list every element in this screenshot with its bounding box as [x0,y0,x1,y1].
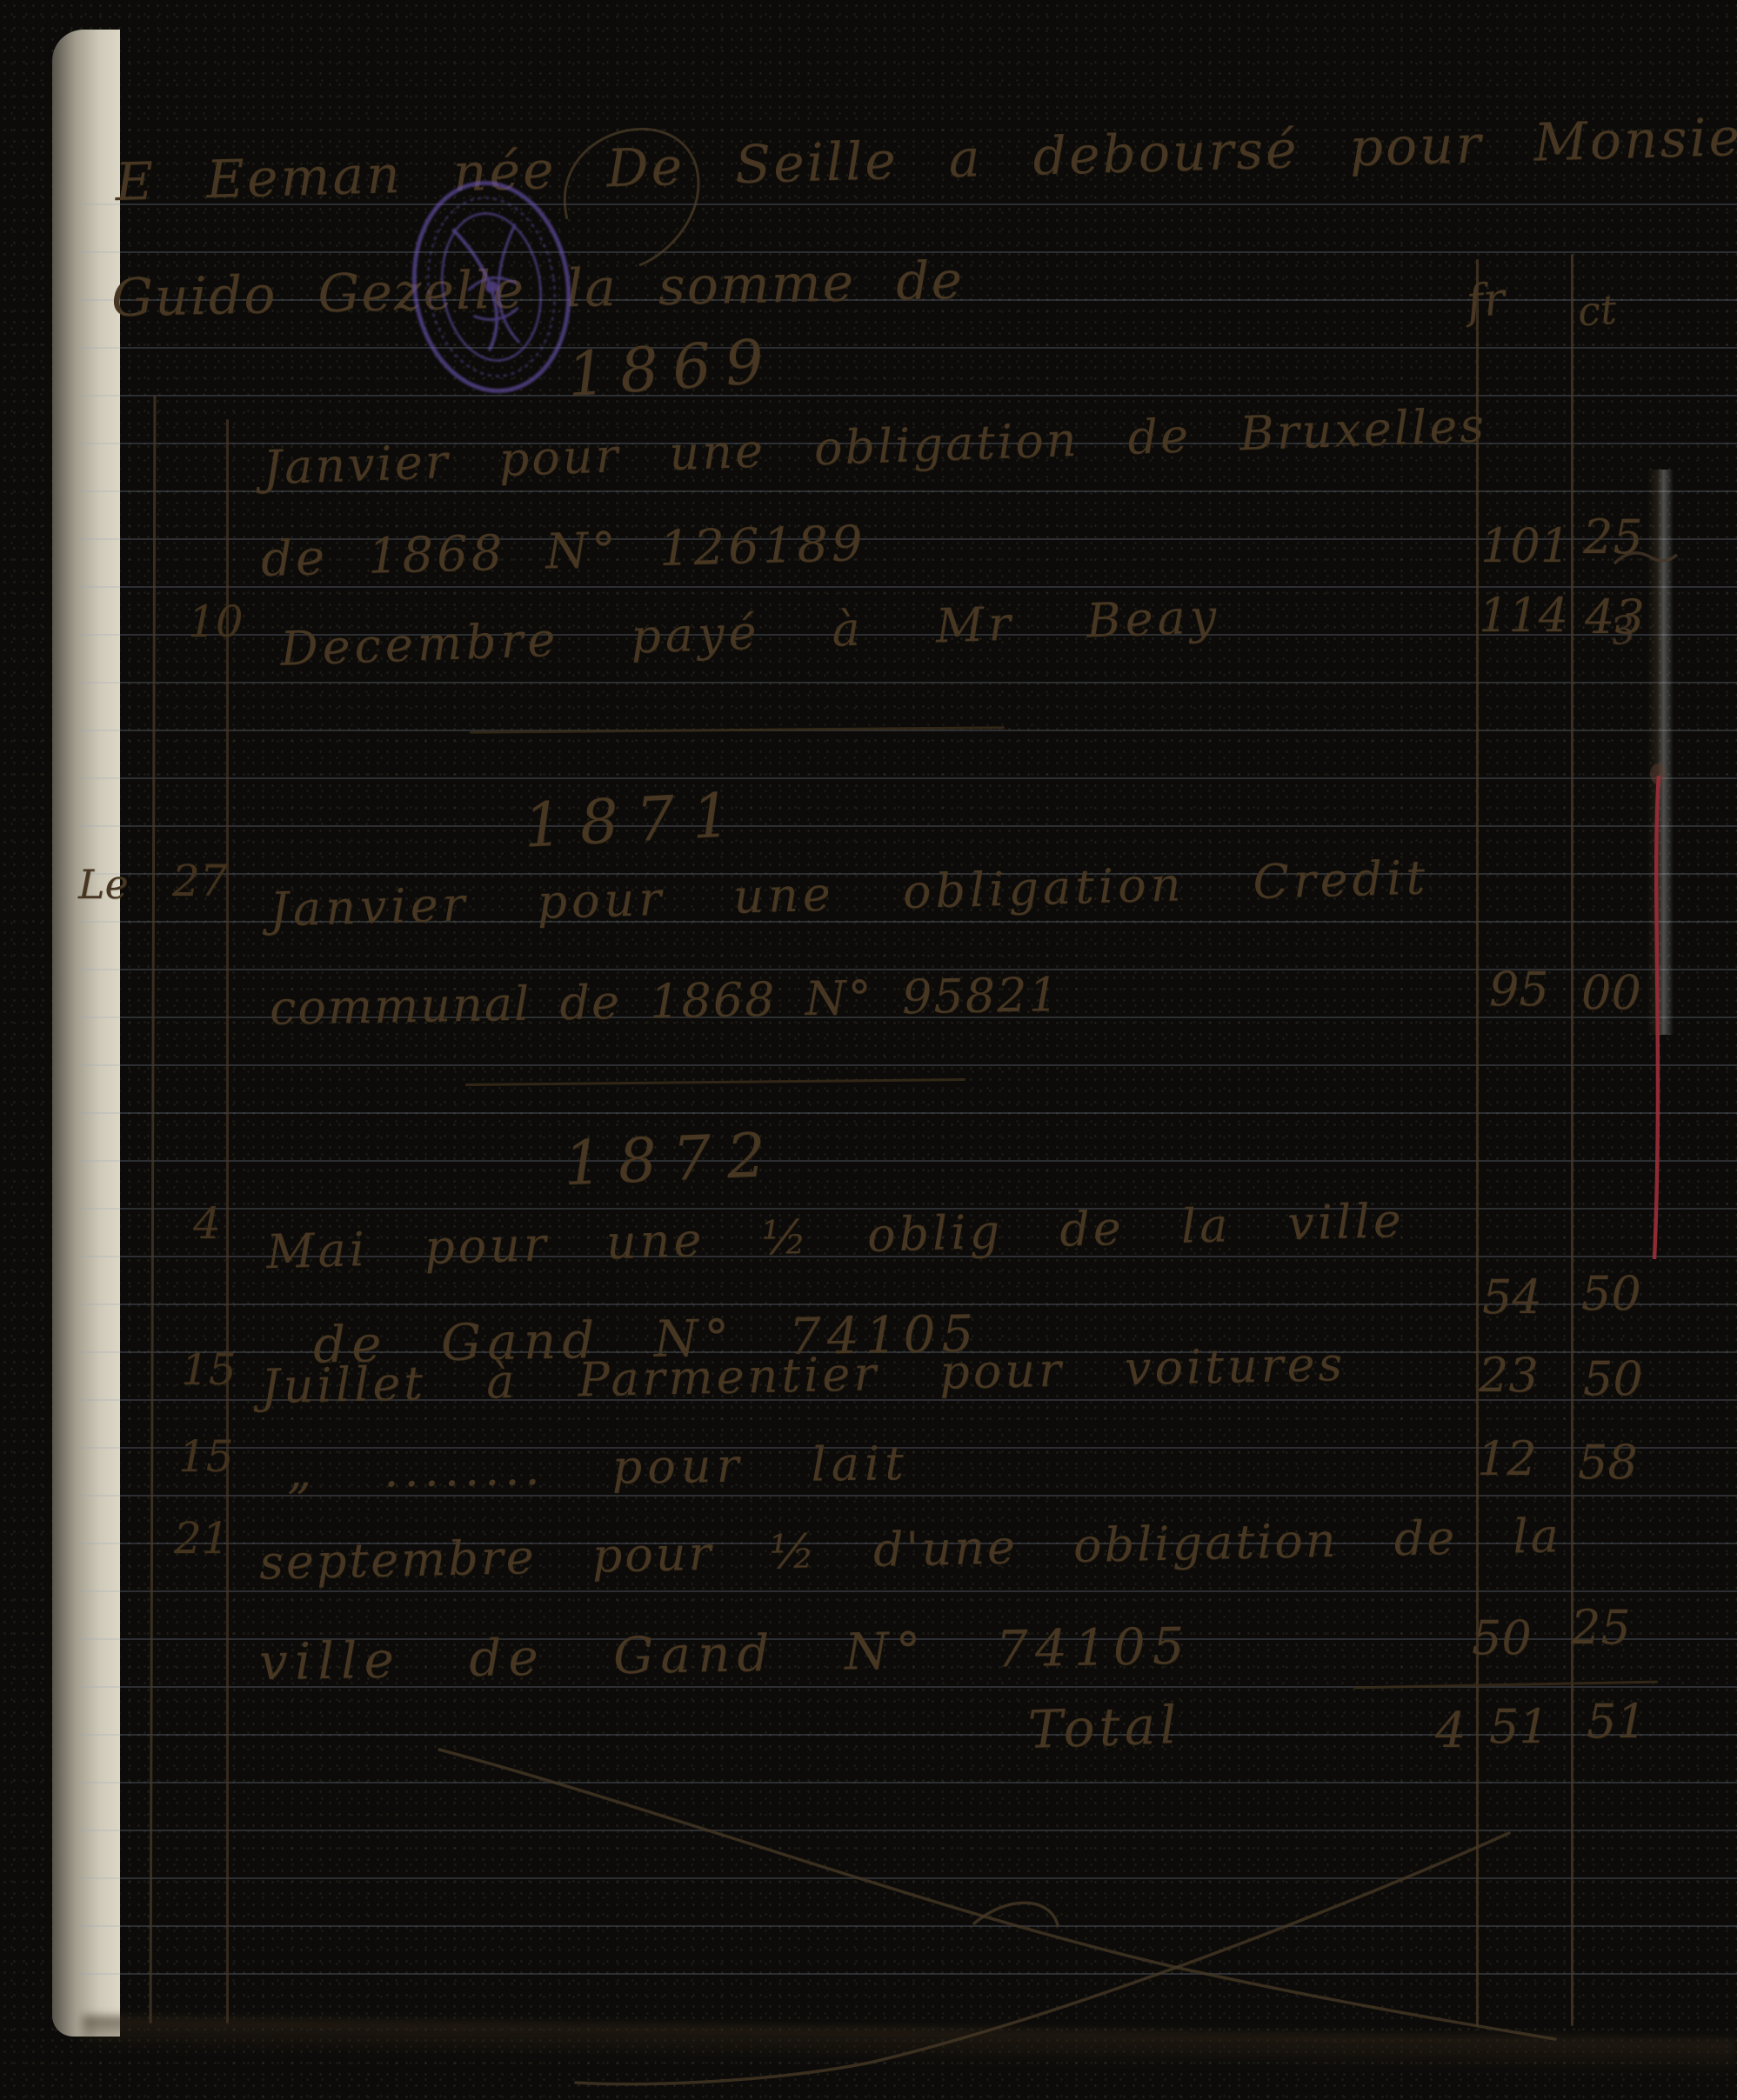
entry-day: 15 [178,1431,234,1482]
margin-rule-line-inner [226,419,229,2023]
centimes-column-line [1571,254,1573,2026]
entry-francs: 54 [1482,1270,1542,1324]
year-heading-1871: 1871 [522,778,750,861]
entry-centimes: 25 [1571,1600,1631,1655]
entry-margin-note: Le [78,861,129,908]
entry-francs: 12 [1477,1431,1537,1486]
entry-text: „ ........ pour lait [287,1436,910,1499]
entry-day: 10 [188,597,244,647]
column-header-centimes: ct [1576,286,1618,336]
entry-day: 21 [174,1513,230,1563]
entry-centimes: 58 [1578,1435,1638,1490]
column-header-francs: fr [1464,273,1507,329]
entry-francs: 114 [1479,588,1568,643]
entry-francs: 23 [1479,1348,1539,1403]
scanned-ledger-page: E Eeman née De Seille a deboursé pour Mo… [0,0,1737,2100]
entry-centimes: 50 [1583,1351,1643,1406]
year-heading-1872: 1872 [562,1119,782,1200]
year-heading-1869: 1869 [565,325,779,411]
total-label: Total [1027,1695,1182,1761]
entry-day: 15 [181,1344,237,1395]
entry-francs: 50 [1472,1610,1532,1665]
francs-column-line [1476,259,1479,2026]
entry-centimes: 00 [1581,965,1641,1020]
paper-page [64,23,1737,2071]
entry-centimes: 50 [1581,1266,1641,1321]
entry-francs: 101 [1480,518,1570,573]
entry-centimes: 25 [1583,510,1643,564]
entry-francs: 95 [1489,962,1549,1017]
total-hundreds-digit: 4 [1435,1703,1466,1759]
fold-crease [1647,470,1674,1035]
total-francs: 51 [1489,1699,1549,1754]
entry-day: 27 [172,856,228,906]
entry-day: 4 [193,1198,221,1249]
total-centimes: 51 [1587,1694,1647,1749]
